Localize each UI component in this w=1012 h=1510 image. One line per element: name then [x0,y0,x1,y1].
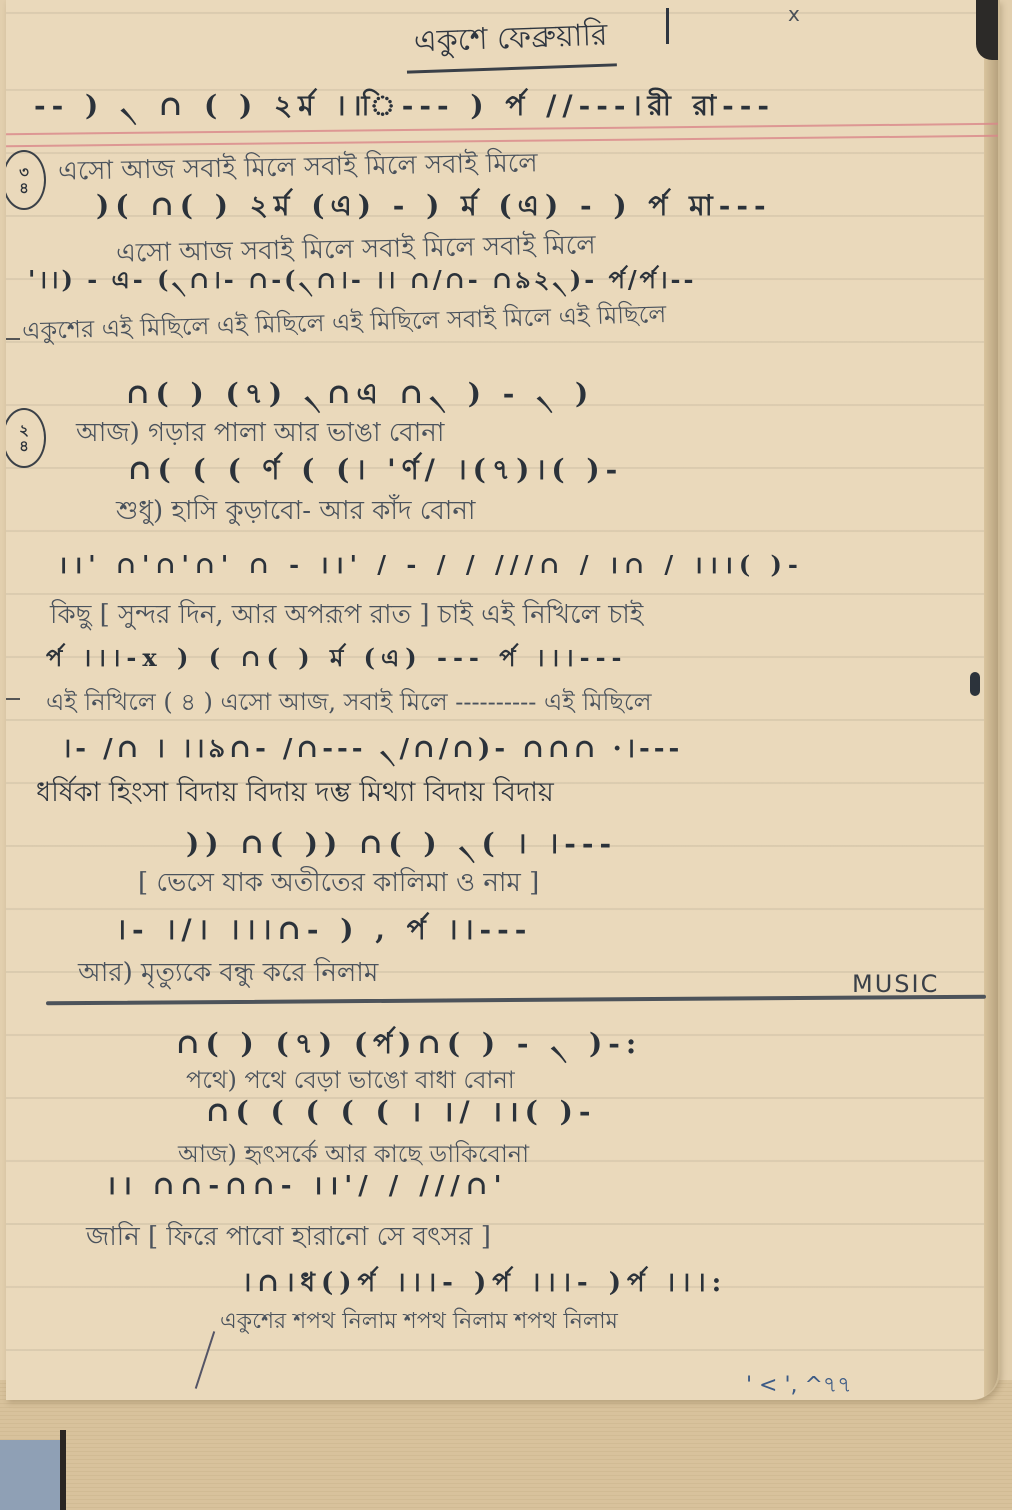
notation-row: ।- /∩ । ।।৯∩- /∩--- ৲/∩/∩)- ∩∩∩ ·।--- [62,728,1000,772]
footer-scribble: ' < ', ^৭৭ [746,1368,852,1400]
notation-row: ।- ।/। ।।।∩- ) , র্প ।।--- [116,908,1000,955]
notation-row: ∩( ( ( ( ( । ।/ ।।( )- [206,1092,1000,1130]
lyric-line: একুশের শপথ নিলাম শপথ নিলাম শপথ নিলাম [220,1304,1000,1341]
x-mark: x [788,2,800,26]
page-corner-shadow [976,0,998,60]
page-title: একুশে ফেব্রুয়ারি [405,10,616,73]
notation-row: ।।' ∩'∩'∩' ∩ - ।।' / - / / ///∩ / ।∩ / ।… [58,548,1000,581]
section-divider [46,995,986,1006]
edge-mark [6,338,20,340]
lyric-line: শুধু) হাসি কুড়াবো- আর কাঁদ বোনা [116,490,1000,534]
page-gap [60,1430,66,1510]
time-signature-bottom: ৪ [19,438,29,455]
notation-row: ∩( ( ( র্ণ ( (। 'র্ণ/ ।(৭)।( )- [128,448,1000,495]
section-label-music: MUSIC [852,970,939,998]
notation-row: -- ) ৲ ∩ ( ) ২র্ম ।।ি--- ) র্প //---।রী … [34,84,1000,131]
lyric-line: এই নিখিলে ( ৪ ) এসো আজ, সবাই মিলে ------… [46,684,1000,724]
lyric-line: [ ভেসে যাক অতীতের কালিমা ও নাম ] [138,862,1000,906]
lyric-line: ধর্ষিকা হিংসা বিদায় বিদায় দম্ভ মিথ্যা … [36,772,1000,817]
ink-blot [970,672,980,696]
title-bracket-mark [666,8,669,44]
time-signature-bottom: ৪ [19,180,29,197]
lyric-line: কিছু [ সুন্দর দিন, আর অপরূপ রাত ] চাই এই… [50,594,1000,638]
background-surface [0,1440,60,1510]
time-signature-mark: ২ ৪ [6,408,46,468]
arrow-scribble [195,1331,215,1389]
notation-row: ।। ∩∩-∩∩- ।।'/ / ///∩' [106,1166,1000,1202]
lyric-line: জানি [ ফিরে পাবো হারানো সে বৎসর ] [86,1216,1000,1260]
notation-row: র্প ।।।-x ) ( ∩( ) র্ম (এ) --- র্প ।।।--… [46,640,1000,680]
edge-mark [6,698,20,700]
time-signature-top: ৩ [19,164,29,181]
notebook-page: একুশে ফেব্রুয়ারি x ৩ ৪ ২ ৪ -- ) ৲ ∩ ( )… [6,0,1000,1400]
time-signature-mark: ৩ ৪ [6,150,46,210]
notation-row: ।∩।ধ()র্প ।।।- )র্প ।।।- )র্প ।।।: [242,1262,1000,1306]
time-signature-top: ২ [19,422,29,439]
